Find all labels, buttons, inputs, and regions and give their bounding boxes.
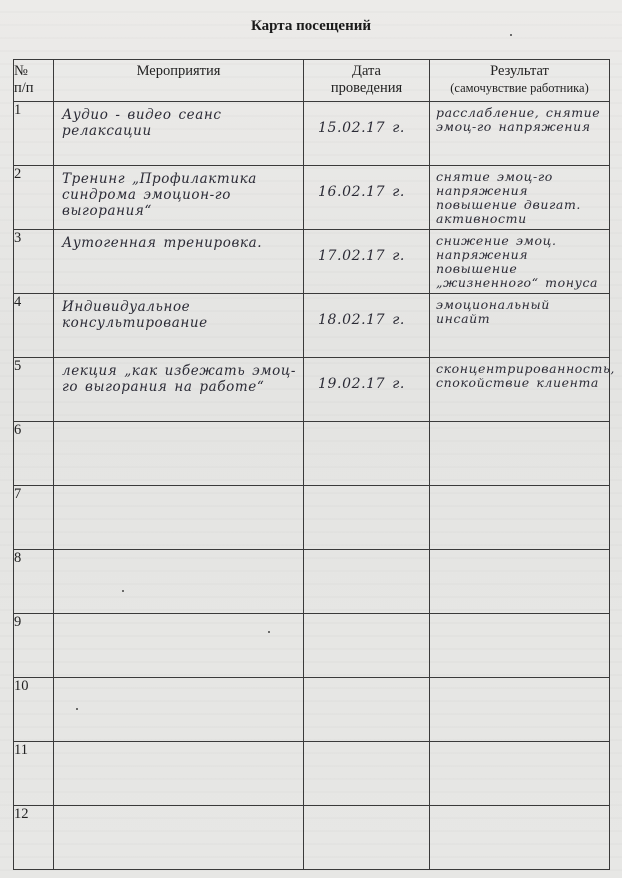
row-number: 8 xyxy=(14,550,54,614)
header-number: № п/п xyxy=(14,60,54,102)
result-text xyxy=(430,486,609,490)
event-cell xyxy=(54,678,304,742)
result-text: снятие эмоц-го напряжения повышение двиг… xyxy=(430,166,609,226)
date-text xyxy=(304,422,429,440)
date-cell xyxy=(304,614,430,678)
header-number-pp: п/п xyxy=(14,80,53,97)
result-cell xyxy=(430,486,610,550)
table-row: 4Индивидуальное консультирование18.02.17… xyxy=(14,294,610,358)
header-result: Результат (самочувствие работника) xyxy=(430,60,610,102)
row-number: 6 xyxy=(14,422,54,486)
result-text: сконцентрированность, спокойствие клиент… xyxy=(430,358,609,390)
date-cell: 17.02.17 г. xyxy=(304,230,430,294)
table-header-row: № п/п Мероприятия Дата проведения Резуль… xyxy=(14,60,610,102)
event-text xyxy=(54,806,303,811)
header-date-line1: Дата xyxy=(304,60,429,80)
table-row: 5лекция „как избежать эмоц-го выгорания … xyxy=(14,358,610,422)
table-row: 11 xyxy=(14,742,610,806)
date-cell: 18.02.17 г. xyxy=(304,294,430,358)
scanned-page: Карта посещений № п/п Мероприятия Дата п… xyxy=(0,0,622,878)
date-text xyxy=(304,806,429,824)
event-text: Тренинг „Профилактика синдрома эмоцион-г… xyxy=(54,166,303,219)
event-cell xyxy=(54,422,304,486)
row-number: 3 xyxy=(14,230,54,294)
result-cell xyxy=(430,614,610,678)
result-text xyxy=(430,806,609,810)
date-text: 19.02.17 г. xyxy=(304,358,429,392)
scan-speck xyxy=(122,590,124,592)
event-text xyxy=(54,550,303,555)
row-number: 7 xyxy=(14,486,54,550)
row-number: 4 xyxy=(14,294,54,358)
header-date: Дата проведения xyxy=(304,60,430,102)
header-event: Мероприятия xyxy=(54,60,304,102)
date-cell xyxy=(304,678,430,742)
result-text xyxy=(430,422,609,426)
event-text xyxy=(54,614,303,619)
date-text: 16.02.17 г. xyxy=(304,166,429,200)
row-number: 12 xyxy=(14,806,54,870)
date-cell: 19.02.17 г. xyxy=(304,358,430,422)
event-cell xyxy=(54,614,304,678)
result-cell: снижение эмоц. напряжения повышение „жиз… xyxy=(430,230,610,294)
event-text: Аутогенная тренировка. xyxy=(54,230,303,251)
result-text: снижение эмоц. напряжения повышение „жиз… xyxy=(430,230,609,290)
date-cell xyxy=(304,806,430,870)
table-row: 12 xyxy=(14,806,610,870)
date-text: 18.02.17 г. xyxy=(304,294,429,328)
date-cell: 15.02.17 г. xyxy=(304,102,430,166)
result-cell: расслабление, снятие эмоц-го напряжения xyxy=(430,102,610,166)
table-row: 3Аутогенная тренировка.17.02.17 г.снижен… xyxy=(14,230,610,294)
table-row: 2Тренинг „Профилактика синдрома эмоцион-… xyxy=(14,166,610,230)
row-number: 9 xyxy=(14,614,54,678)
header-result-sub: (самочувствие работника) xyxy=(430,80,609,97)
event-cell xyxy=(54,806,304,870)
table-row: 9 xyxy=(14,614,610,678)
date-text xyxy=(304,742,429,760)
result-text xyxy=(430,742,609,746)
table-row: 7 xyxy=(14,486,610,550)
scan-speck xyxy=(510,34,512,36)
event-cell xyxy=(54,550,304,614)
result-cell xyxy=(430,742,610,806)
header-date-line2: проведения xyxy=(304,80,429,97)
result-text xyxy=(430,678,609,682)
event-text xyxy=(54,742,303,747)
date-cell xyxy=(304,422,430,486)
result-cell: эмоциональный инсайт xyxy=(430,294,610,358)
table-row: 10 xyxy=(14,678,610,742)
result-cell xyxy=(430,806,610,870)
visit-card-table: № п/п Мероприятия Дата проведения Резуль… xyxy=(13,59,610,870)
event-text xyxy=(54,486,303,491)
date-cell: 16.02.17 г. xyxy=(304,166,430,230)
date-cell xyxy=(304,486,430,550)
date-text xyxy=(304,550,429,568)
event-cell: Индивидуальное консультирование xyxy=(54,294,304,358)
date-text xyxy=(304,678,429,696)
result-cell xyxy=(430,550,610,614)
row-number: 10 xyxy=(14,678,54,742)
header-result-label: Результат xyxy=(430,60,609,80)
result-cell: сконцентрированность, спокойствие клиент… xyxy=(430,358,610,422)
date-text: 15.02.17 г. xyxy=(304,102,429,136)
event-text xyxy=(54,678,303,683)
date-text xyxy=(304,486,429,504)
event-text: лекция „как избежать эмоц-го выгорания н… xyxy=(54,358,303,395)
result-cell: снятие эмоц-го напряжения повышение двиг… xyxy=(430,166,610,230)
result-cell xyxy=(430,678,610,742)
row-number: 11 xyxy=(14,742,54,806)
document-title: Карта посещений xyxy=(0,18,622,35)
header-event-label: Мероприятия xyxy=(54,60,303,80)
result-text: расслабление, снятие эмоц-го напряжения xyxy=(430,102,609,134)
header-number-sign: № xyxy=(14,60,53,80)
result-text xyxy=(430,550,609,554)
date-text: 17.02.17 г. xyxy=(304,230,429,264)
table-row: 1Аудио - видео сеанс релаксации15.02.17 … xyxy=(14,102,610,166)
event-text: Аудио - видео сеанс релаксации xyxy=(54,102,303,139)
event-cell: Тренинг „Профилактика синдрома эмоцион-г… xyxy=(54,166,304,230)
event-cell: Аутогенная тренировка. xyxy=(54,230,304,294)
table-row: 6 xyxy=(14,422,610,486)
result-cell xyxy=(430,422,610,486)
scan-speck xyxy=(268,631,270,633)
row-number: 2 xyxy=(14,166,54,230)
event-cell xyxy=(54,742,304,806)
event-text xyxy=(54,422,303,427)
date-cell xyxy=(304,742,430,806)
event-cell: лекция „как избежать эмоц-го выгорания н… xyxy=(54,358,304,422)
date-cell xyxy=(304,550,430,614)
row-number: 5 xyxy=(14,358,54,422)
scan-speck xyxy=(76,708,78,710)
event-text: Индивидуальное консультирование xyxy=(54,294,303,331)
table-row: 8 xyxy=(14,550,610,614)
row-number: 1 xyxy=(14,102,54,166)
result-text xyxy=(430,614,609,618)
result-text: эмоциональный инсайт xyxy=(430,294,609,326)
event-cell: Аудио - видео сеанс релаксации xyxy=(54,102,304,166)
date-text xyxy=(304,614,429,632)
event-cell xyxy=(54,486,304,550)
